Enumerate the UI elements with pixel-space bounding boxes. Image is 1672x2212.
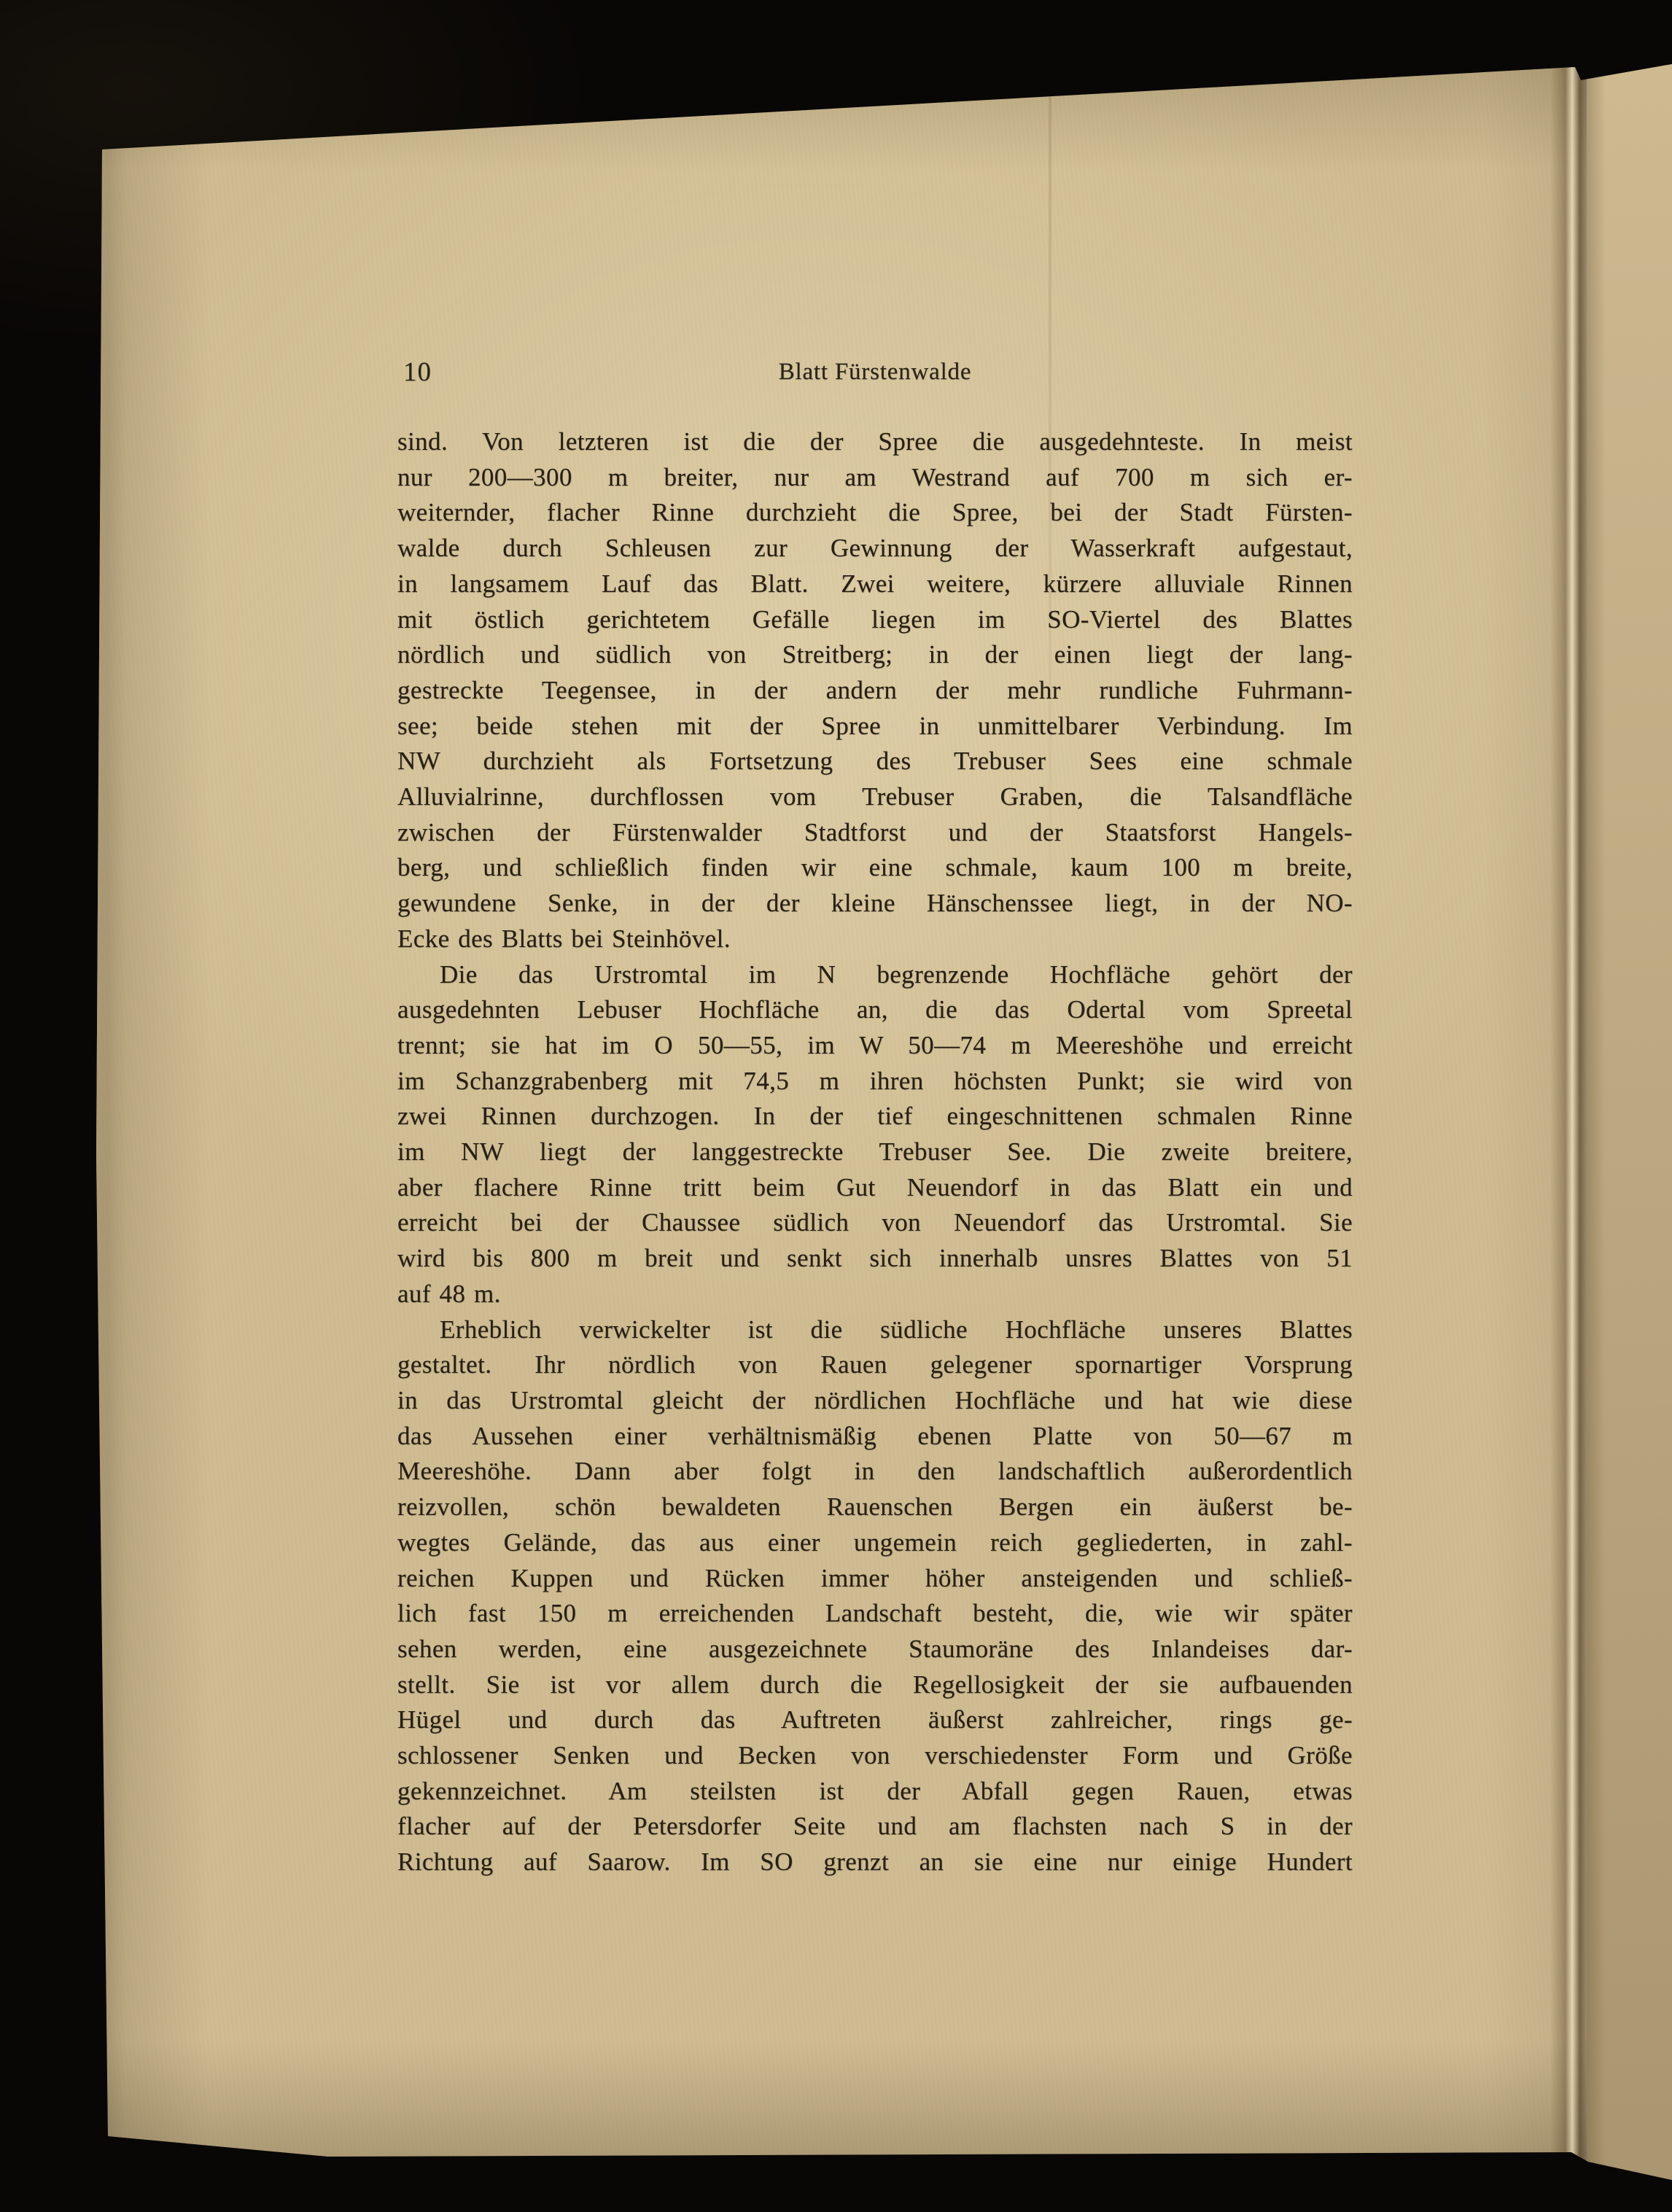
text-block: sind. Von letzteren ist die der Spree di…	[397, 424, 1353, 1880]
text-line: im Schanzgrabenberg mit 74,5 m ihren höc…	[397, 1064, 1353, 1099]
text-line: im NW liegt der langgestreckte Trebuser …	[397, 1134, 1353, 1170]
page-surface: 10 Blatt Fürstenwalde sind. Von letztere…	[86, 62, 1672, 2187]
text-line: mit östlich gerichtetem Gefälle liegen i…	[397, 602, 1353, 638]
text-line: ausgedehnten Lebuser Hochfläche an, die …	[397, 992, 1353, 1028]
text-line: Hügel und durch das Auftreten äußerst za…	[397, 1702, 1353, 1738]
scan-background: 10 Blatt Fürstenwalde sind. Von letztere…	[0, 0, 1672, 2212]
text-line: Die das Urstromtal im N begrenzende Hoch…	[397, 957, 1353, 993]
text-line: Alluvialrinne, durchflossen vom Trebuser…	[397, 779, 1353, 815]
next-page-sliver	[1587, 62, 1672, 2187]
text-line: trennt; sie hat im O 50—55, im W 50—74 m…	[397, 1028, 1353, 1064]
text-line: stellt. Sie ist vor allem durch die Rege…	[397, 1667, 1353, 1703]
text-line: gestaltet. Ihr nördlich von Rauen gelege…	[397, 1347, 1353, 1383]
text-line: das Aussehen einer verhältnismäßig ebene…	[397, 1419, 1353, 1454]
page-header: 10 Blatt Fürstenwalde	[397, 355, 1353, 393]
text-line: zwei Rinnen durchzogen. In der tief eing…	[397, 1099, 1353, 1134]
text-line: gewundene Senke, in der der kleine Hänsc…	[397, 886, 1353, 922]
text-line: berg, und schließlich finden wir eine sc…	[397, 850, 1353, 886]
page-stack-edge	[86, 62, 108, 2187]
text-line: in langsamem Lauf das Blatt. Zwei weiter…	[397, 566, 1353, 602]
text-line: see; beide stehen mit der Spree in unmit…	[397, 709, 1353, 744]
text-line: walde durch Schleusen zur Gewinnung der …	[397, 531, 1353, 566]
text-line: wegtes Gelände, das aus einer ungemein r…	[397, 1525, 1353, 1561]
text-line: nur 200—300 m breiter, nur am Westrand a…	[397, 460, 1353, 496]
text-line: sehen werden, eine ausgezeichnete Staumo…	[397, 1632, 1353, 1667]
text-line: Meereshöhe. Dann aber folgt in den lands…	[397, 1454, 1353, 1489]
text-line: reichen Kuppen und Rücken immer höher an…	[397, 1561, 1353, 1597]
text-line: flacher auf der Petersdorfer Seite und a…	[397, 1809, 1353, 1845]
text-line: sind. Von letzteren ist die der Spree di…	[397, 424, 1353, 460]
text-line: wird bis 800 m breit und senkt sich inne…	[397, 1241, 1353, 1277]
binding-fold	[1550, 62, 1588, 2187]
text-line: NW durchzieht als Fortsetzung des Trebus…	[397, 744, 1353, 779]
text-line: in das Urstromtal gleicht der nördlichen…	[397, 1383, 1353, 1419]
text-line: nördlich und südlich von Streitberg; in …	[397, 637, 1353, 673]
text-line: lich fast 150 m erreichenden Landschaft …	[397, 1596, 1353, 1632]
text-line: auf 48 m.	[397, 1277, 1353, 1312]
text-line: zwischen der Fürstenwalder Stadtforst un…	[397, 815, 1353, 851]
text-line: gestreckte Teegensee, in der andern der …	[397, 673, 1353, 709]
running-header: Blatt Fürstenwalde	[397, 359, 1353, 386]
text-line: Richtung auf Saarow. Im SO grenzt an sie…	[397, 1845, 1353, 1880]
text-line: reizvollen, schön bewaldeten Rauenschen …	[397, 1489, 1353, 1525]
text-line: Ecke des Blatts bei Steinhövel.	[397, 922, 1353, 957]
text-line: aber flachere Rinne tritt beim Gut Neuen…	[397, 1170, 1353, 1206]
text-line: erreicht bei der Chaussee südlich von Ne…	[397, 1205, 1353, 1241]
text-line: gekennzeichnet. Am steilsten ist der Abf…	[397, 1774, 1353, 1810]
text-line: schlossener Senken und Becken von versch…	[397, 1738, 1353, 1774]
text-line: weiternder, flacher Rinne durchzieht die…	[397, 495, 1353, 531]
text-line: Erheblich verwickelter ist die südliche …	[397, 1312, 1353, 1348]
